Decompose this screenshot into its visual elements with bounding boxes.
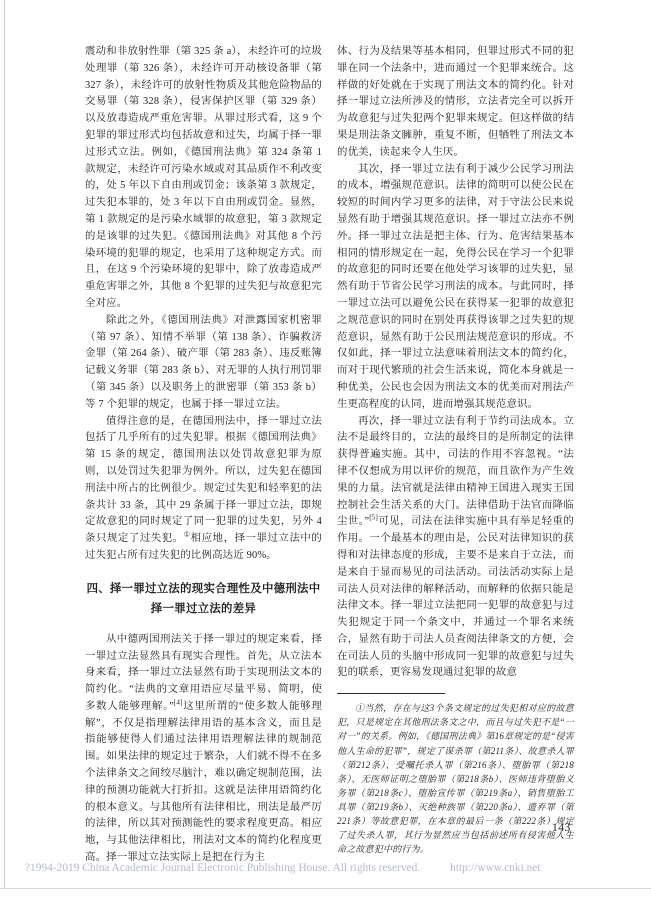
body-paragraph: 值得注意的是，在德国刑法中，择一罪过立法包括了几乎所有的过失犯罪。根据《德国刑法… [85, 414, 322, 565]
body-paragraph: 体、行为及结果等基本相同，但罪过形式不同的犯罪在同一个法条中，进而通过一个犯罪来… [337, 44, 574, 162]
footnote-divider [337, 693, 445, 694]
right-column-body: 体、行为及结果等基本相同，但罪过形式不同的犯罪在同一个法条中，进而通过一个犯罪来… [337, 44, 574, 682]
section-heading: 四、择一罪过立法的现实合理性及中德刑法中择一罪过立法的差异 [85, 579, 322, 620]
watermark-copyright: ?1994-2019 China Academic Journal Electr… [25, 862, 420, 874]
footnote-text: 当然，存在与这3个条文规定的过失犯相对应的故意犯，只是规定在其他刑法条文之中，而… [337, 703, 574, 854]
paragraph-text: 体、行为及结果等基本相同，但罪过形式不同的犯罪在同一个法条中，进而通过一个犯罪来… [337, 46, 574, 158]
body-paragraph: 从中德两国刑法关于择一罪过的规定来看，择一罪过立法显然具有现实合理性。首先，从立… [85, 632, 322, 867]
footnote-reference-marker: [4] [174, 698, 183, 706]
left-text-column: 震动和非放射性罪（第 325 条 a），未经许可的垃圾处理罪（第 326 条），… [85, 44, 322, 867]
body-paragraph: 其次，择一罪过立法有利于减少公民学习刑法的成本，增强规范意识。法律的简明可以使公… [337, 162, 574, 414]
section-heading-line: 择一罪过立法的差异 [85, 599, 322, 620]
paragraph-text: 除此之外，《德国刑法典》对泄露国家机密罪（第 97 条）、知情不举罪（第 138… [85, 315, 322, 410]
paragraph-text: 这里所谓的“使多数人能够理解”，不仅是指理解法律用语的基本含义，而且是指能够使得… [85, 701, 322, 863]
footnote: ①当然，存在与这3个条文规定的过失犯相对应的故意犯，只是规定在其他刑法条文之中，… [337, 701, 574, 856]
section-heading-line: 四、择一罪过立法的现实合理性及中德刑法中 [85, 579, 322, 600]
paragraph-text: 震动和非放射性罪（第 325 条 a），未经许可的垃圾处理罪（第 326 条），… [85, 46, 322, 309]
paragraph-text: 可见，司法在法律实施中具有举足轻重的作用。一个最基本的理由是，公民对法律知识的获… [337, 516, 574, 678]
body-paragraph: 震动和非放射性罪（第 325 条 a），未经许可的垃圾处理罪（第 326 条），… [85, 44, 322, 313]
watermark-url: http://www.cnki.net [450, 862, 540, 874]
right-text-column: 体、行为及结果等基本相同，但罪过形式不同的犯罪在同一个法条中，进而通过一个犯罪来… [337, 44, 574, 856]
paragraph-text: 值得注意的是，在德国刑法中，择一罪过立法包括了几乎所有的过失犯罪。根据《德国刑法… [85, 416, 322, 545]
paragraph-text: 其次，择一罪过立法有利于减少公民学习刑法的成本，增强规范意识。法律的简明可以使公… [337, 164, 574, 410]
body-paragraph: 再次，择一罪过立法有利于节约司法成本。立法不是最终目的，立法的最终目的是所制定的… [337, 414, 574, 683]
body-paragraph: 除此之外，《德国刑法典》对泄露国家机密罪（第 97 条）、知情不举罪（第 138… [85, 313, 322, 414]
scan-edge-line [4, 0, 5, 889]
paragraph-text: 再次，择一罪过立法有利于节约司法成本。立法不是最终目的，立法的最终目的是所制定的… [337, 416, 574, 528]
page-number: 143 [552, 822, 571, 834]
journal-page: 震动和非放射性罪（第 325 条 a），未经许可的垃圾处理罪（第 326 条），… [0, 0, 651, 898]
scan-watermark: ?1994-2019 China Academic Journal Electr… [25, 862, 635, 874]
footnote-reference-marker: [5] [369, 514, 378, 522]
scan-bottom-line [0, 888, 651, 889]
footnote-reference-marker: ① [184, 531, 191, 539]
